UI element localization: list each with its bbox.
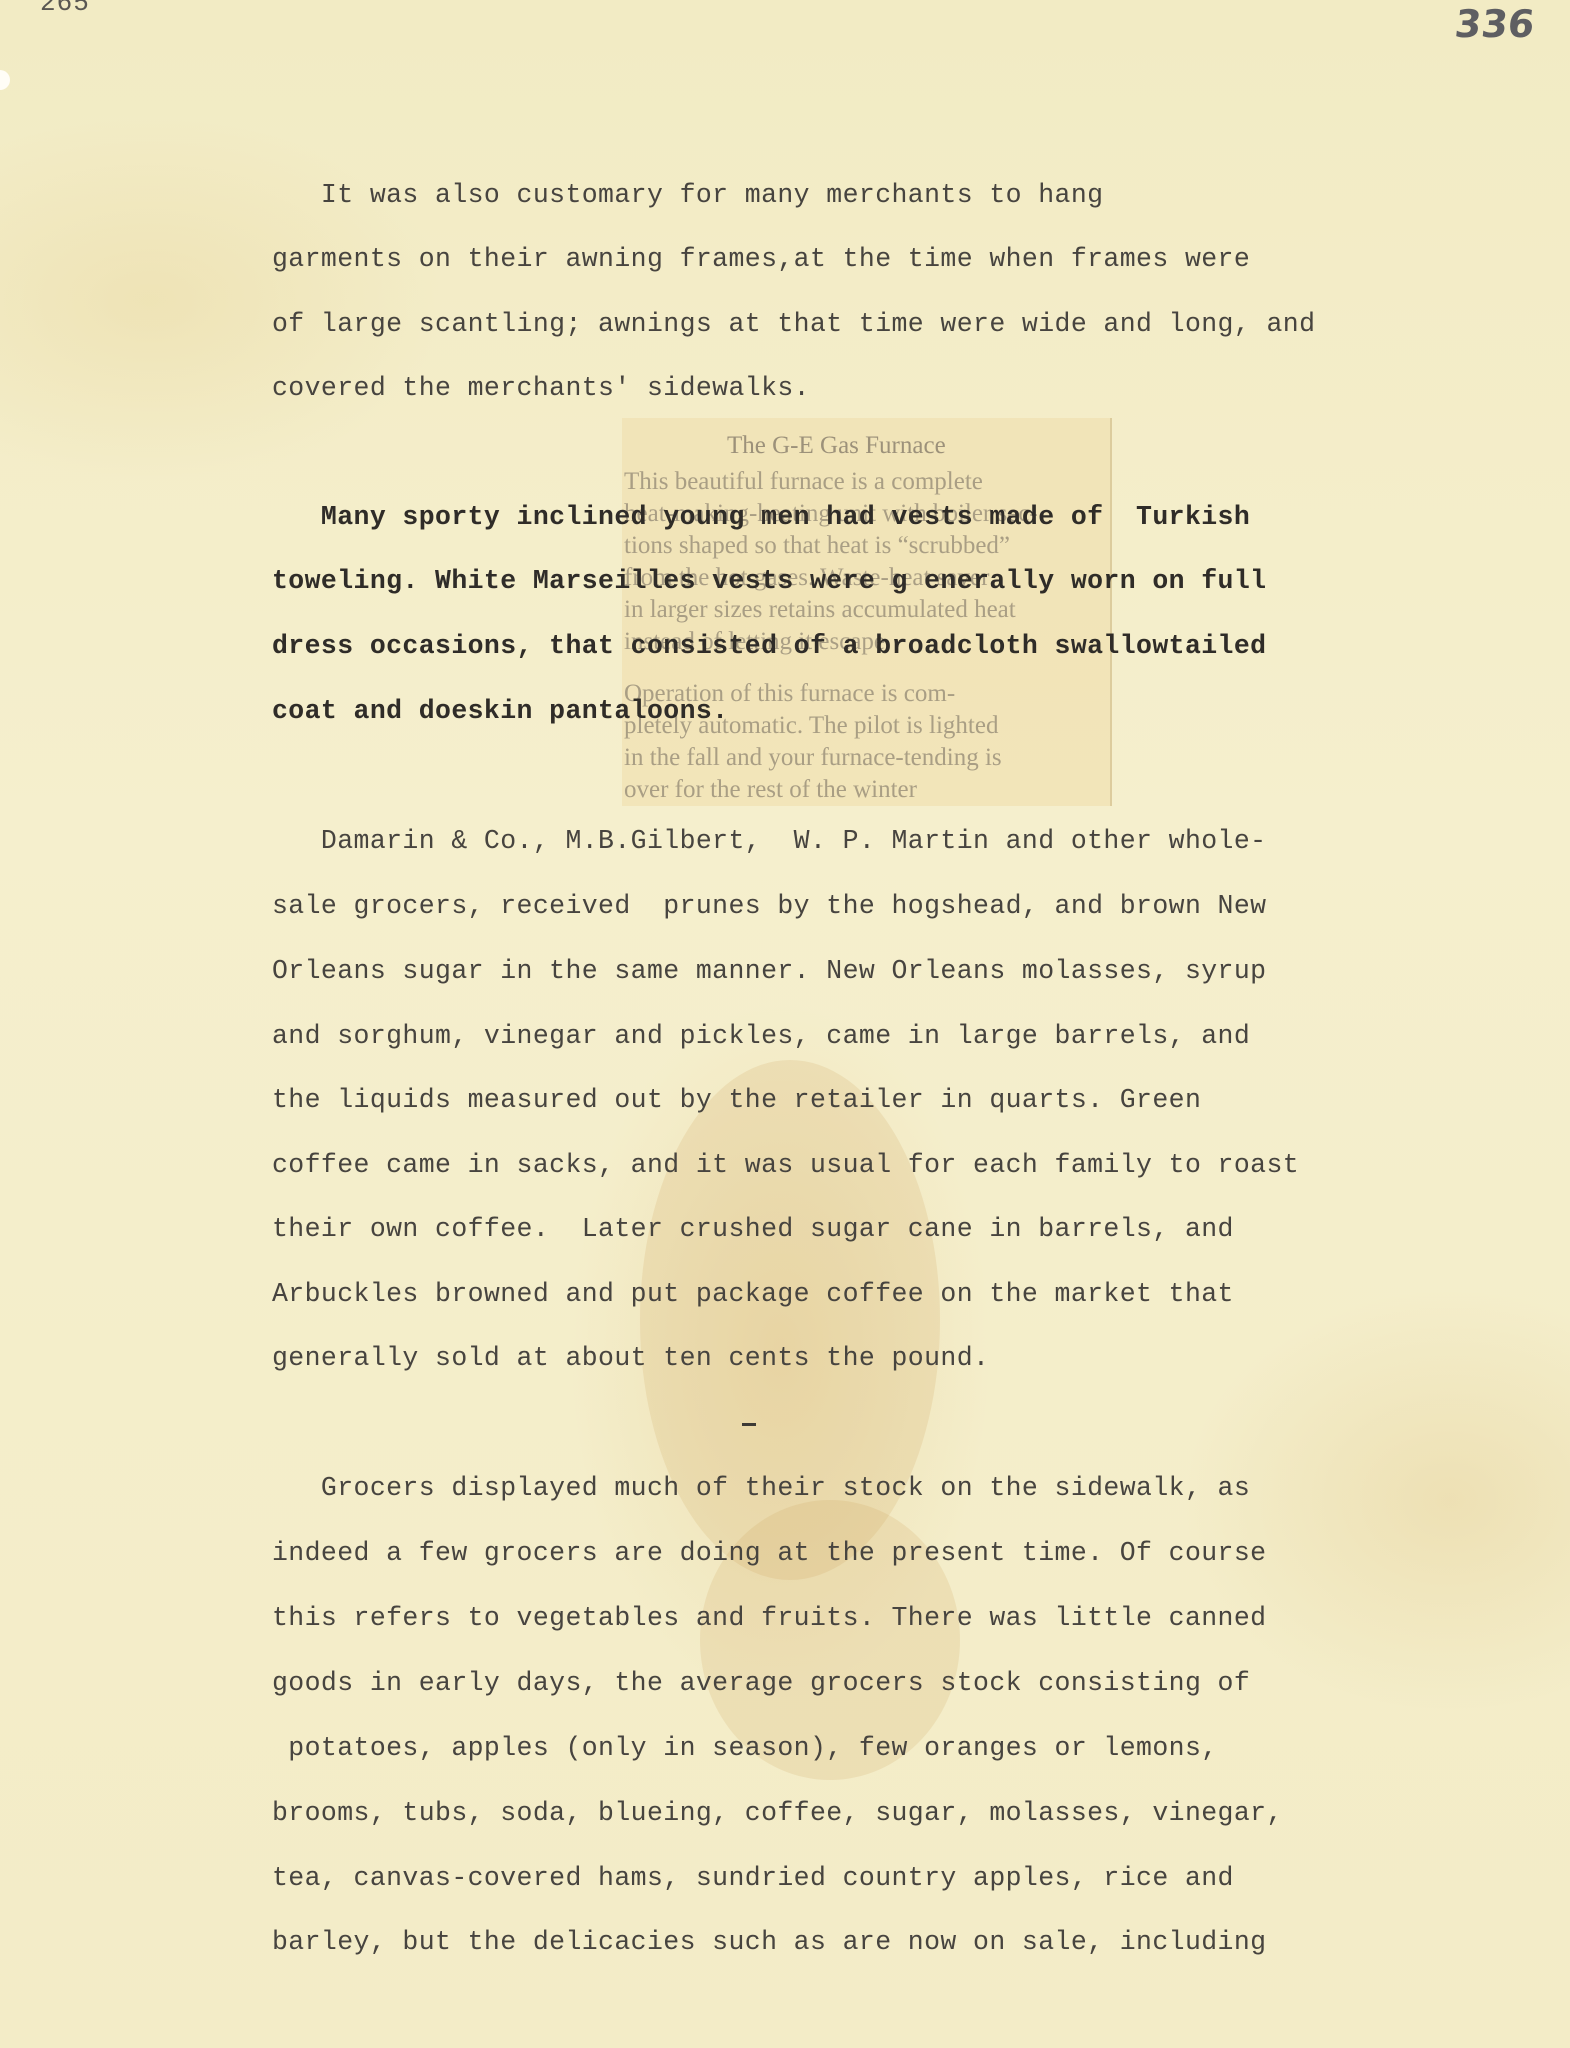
paragraph-2-line: Many sporty inclined young men had vests… [272,502,1250,532]
paragraph-3-line: the liquids measured out by the retailer… [272,1085,1201,1115]
paragraph-3-line: Arbuckles browned and put package coffee… [272,1279,1234,1309]
paragraph-3-line: and sorghum, vinegar and pickles, came i… [272,1021,1250,1051]
paragraph-2-line: toweling. White Marseilles vests were g … [272,566,1266,596]
paragraph-1-line: It was also customary for many merchants… [272,180,1103,210]
section-dash-divider [742,1423,756,1426]
paragraph-3-line: Orleans sugar in the same manner. New Or… [272,956,1266,986]
paragraph-3-line: their own coffee. Later crushed sugar ca… [272,1214,1234,1244]
paragraph-4-line: barley, but the delicacies such as are n… [272,1927,1266,1957]
clipping-line: This beautiful furnace is a complete [624,468,983,496]
paragraph-3-line: coffee came in sacks, and it was usual f… [272,1150,1299,1180]
paragraph-1-line: of large scantling; awnings at that time… [272,309,1315,339]
clipping-line: in larger sizes retains accumulated heat [624,596,1016,624]
handwritten-page-number: 336 [1453,2,1537,46]
clipping-line: in the fall and your furnace-tending is [624,744,1002,772]
paragraph-3-line: Damarin & Co., M.B.Gilbert, W. P. Martin… [272,826,1266,856]
typed-page-number: 265 [40,0,90,18]
paragraph-4-line: Grocers displayed much of their stock on… [272,1473,1250,1503]
paragraph-1-line: covered the merchants' sidewalks. [272,373,810,403]
paragraph-4-line: potatoes, apples (only in season), few o… [272,1733,1218,1763]
paragraph-2-line: dress occasions, that consisted of a bro… [272,631,1266,661]
paragraph-4-line: tea, canvas-covered hams, sundried count… [272,1863,1234,1893]
page-edge-tear [0,70,10,90]
paragraph-2-line: coat and doeskin pantaloons. [272,696,728,726]
clipping-line: tions shaped so that heat is “scrubbed” [624,532,1010,560]
paragraph-4-line: this refers to vegetables and fruits. Th… [272,1603,1266,1633]
paragraph-4-line: brooms, tubs, soda, blueing, coffee, sug… [272,1798,1283,1828]
paragraph-4-line: indeed a few grocers are doing at the pr… [272,1538,1266,1568]
clipping-title: The G-E Gas Furnace [727,432,946,460]
bleed-through-clipping: The G-E Gas Furnace This beautiful furna… [622,418,1112,806]
paragraph-3-line: generally sold at about ten cents the po… [272,1343,989,1373]
paragraph-1-line: garments on their awning frames,at the t… [272,244,1250,274]
clipping-line: over for the rest of the winter [624,776,917,804]
paragraph-4-line: goods in early days, the average grocers… [272,1668,1250,1698]
paragraph-3-line: sale grocers, received prunes by the hog… [272,891,1266,921]
